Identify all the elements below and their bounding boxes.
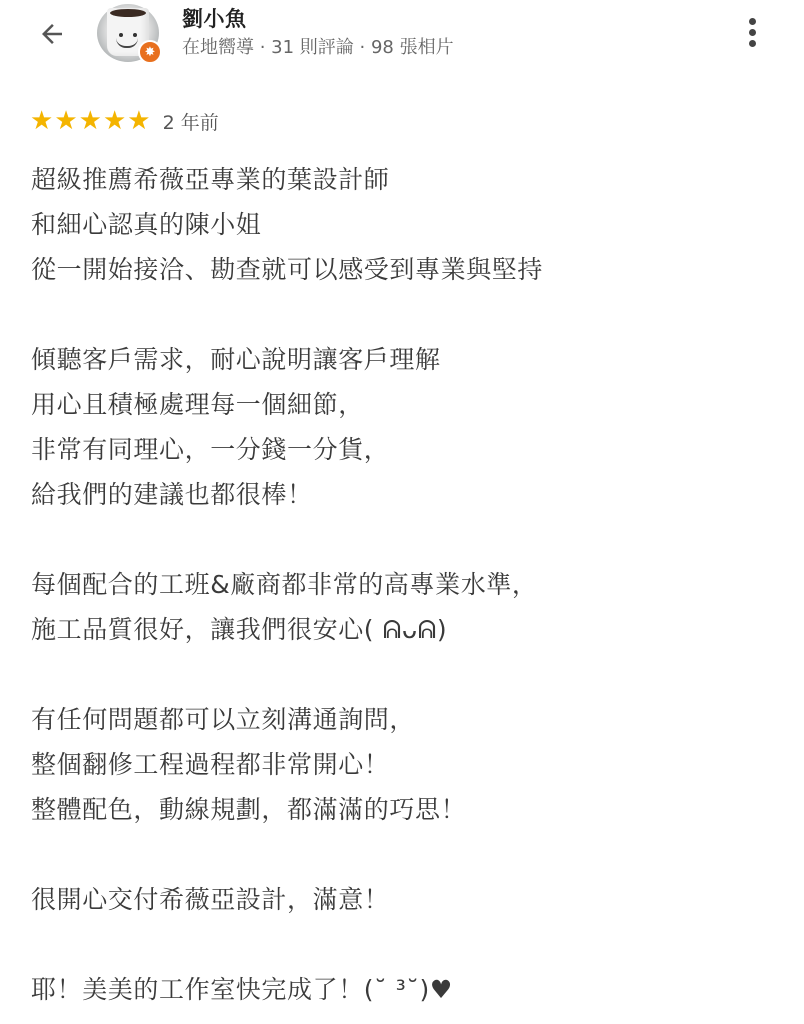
star-icon: ★: [54, 108, 77, 134]
review-line: 和細心認真的陳小姐: [31, 202, 771, 247]
review-time: 2 年前: [163, 108, 219, 135]
review-line: 超級推薦希薇亞專業的葉設計師: [31, 157, 771, 202]
paragraph-gap: [31, 292, 771, 337]
local-guide-star-icon: ✸: [138, 40, 162, 64]
more-vert-icon: [749, 18, 756, 25]
reviewer-meta: 在地嚮導 · 31 則評論 · 98 張相片: [182, 33, 454, 59]
review-line: 每個配合的工班&廠商都非常的高專業水準，: [31, 562, 771, 607]
review-text: 超級推薦希薇亞專業的葉設計師 和細心認真的陳小姐 從一開始接洽、勘查就可以感受到…: [31, 157, 771, 1012]
review-line: 很開心交付希薇亞設計，滿意！: [31, 877, 771, 922]
paragraph-gap: [31, 922, 771, 967]
review-line: 非常有同理心，一分錢一分貨，: [31, 427, 771, 472]
star-icon: ★: [30, 108, 53, 134]
paragraph-gap: [31, 832, 771, 877]
reviewer-name[interactable]: 劉小魚: [182, 3, 247, 33]
star-icon: ★: [103, 108, 126, 134]
paragraph-gap: [31, 652, 771, 697]
review-header: ✸ 劉小魚 在地嚮導 · 31 則評論 · 98 張相片: [0, 0, 804, 80]
star-rating: ★ ★ ★ ★ ★: [30, 108, 151, 134]
paragraph-gap: [31, 517, 771, 562]
review-line: 整體配色，動線規劃，都滿滿的巧思！: [31, 787, 771, 832]
arrow-left-icon: [37, 19, 67, 49]
review-line: 整個翻修工程過程都非常開心！: [31, 742, 771, 787]
review-line: 傾聽客戶需求，耐心說明讓客戶理解: [31, 337, 771, 382]
review-line: 有任何問題都可以立刻溝通詢問，: [31, 697, 771, 742]
back-button[interactable]: [30, 12, 74, 56]
review-line: 施工品質很好，讓我們很安心( ᕱᴗᕱ): [31, 607, 771, 652]
review-line: 用心且積極處理每一個細節，: [31, 382, 771, 427]
review-line: 耶！美美的工作室快完成了！(˘ ³˘)♥: [31, 967, 771, 1012]
review-line: 從一開始接洽、勘查就可以感受到專業與堅持: [31, 247, 771, 292]
rating-row: ★ ★ ★ ★ ★ 2 年前: [30, 106, 219, 136]
star-icon: ★: [79, 108, 102, 134]
star-icon: ★: [127, 108, 150, 134]
more-options-button[interactable]: [734, 12, 770, 52]
review-line: 給我們的建議也都很棒！: [31, 472, 771, 517]
